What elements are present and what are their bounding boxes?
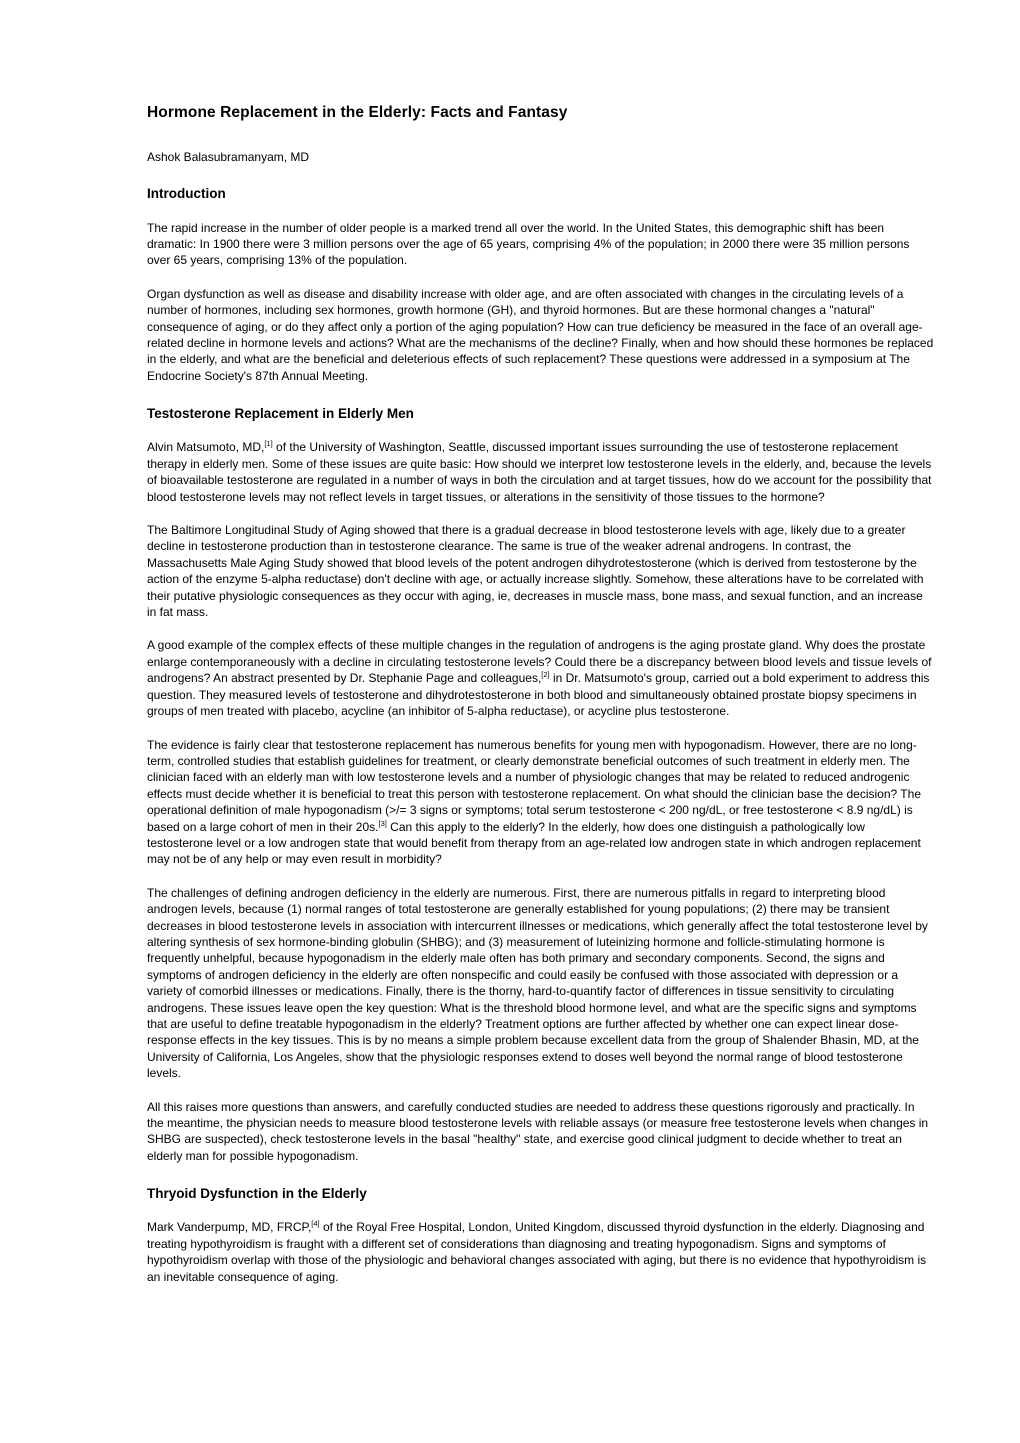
document-title: Hormone Replacement in the Elderly: Fact… (147, 103, 934, 122)
paragraph: The Baltimore Longitudinal Study of Agin… (147, 522, 934, 620)
section-heading: Testosterone Replacement in Elderly Men (147, 406, 934, 422)
paragraph: Alvin Matsumoto, MD,[1] of the Universit… (147, 439, 934, 505)
paragraph-text: Organ dysfunction as well as disease and… (147, 287, 933, 383)
paragraph-text: The rapid increase in the number of olde… (147, 221, 909, 268)
paragraph: A good example of the complex effects of… (147, 637, 934, 719)
paragraph-text: All this raises more questions than answ… (147, 1100, 928, 1163)
reference-marker: [2] (541, 670, 549, 679)
reference-marker: [3] (378, 819, 386, 828)
paragraph-text: Alvin Matsumoto, MD, (147, 440, 264, 454)
document-page: Hormone Replacement in the Elderly: Fact… (0, 0, 1020, 1443)
reference-marker: [1] (264, 439, 272, 448)
paragraph-text: of the University of Washington, Seattle… (147, 440, 931, 503)
reference-marker: [4] (311, 1219, 319, 1228)
section-heading: Thryoid Dysfunction in the Elderly (147, 1186, 934, 1202)
section-heading: Introduction (147, 186, 934, 202)
paragraph: Organ dysfunction as well as disease and… (147, 286, 934, 384)
paragraph: Mark Vanderpump, MD, FRCP,[4] of the Roy… (147, 1219, 934, 1285)
paragraph: All this raises more questions than answ… (147, 1099, 934, 1165)
paragraph: The evidence is fairly clear that testos… (147, 737, 934, 868)
paragraph: The challenges of defining androgen defi… (147, 885, 934, 1082)
document-sections: IntroductionThe rapid increase in the nu… (147, 186, 934, 1285)
paragraph-text: The Baltimore Longitudinal Study of Agin… (147, 523, 924, 619)
paragraph-text: Mark Vanderpump, MD, FRCP, (147, 1220, 311, 1234)
author-byline: Ashok Balasubramanyam, MD (147, 150, 934, 164)
paragraph: The rapid increase in the number of olde… (147, 220, 934, 269)
paragraph-text: The challenges of defining androgen defi… (147, 886, 928, 1080)
